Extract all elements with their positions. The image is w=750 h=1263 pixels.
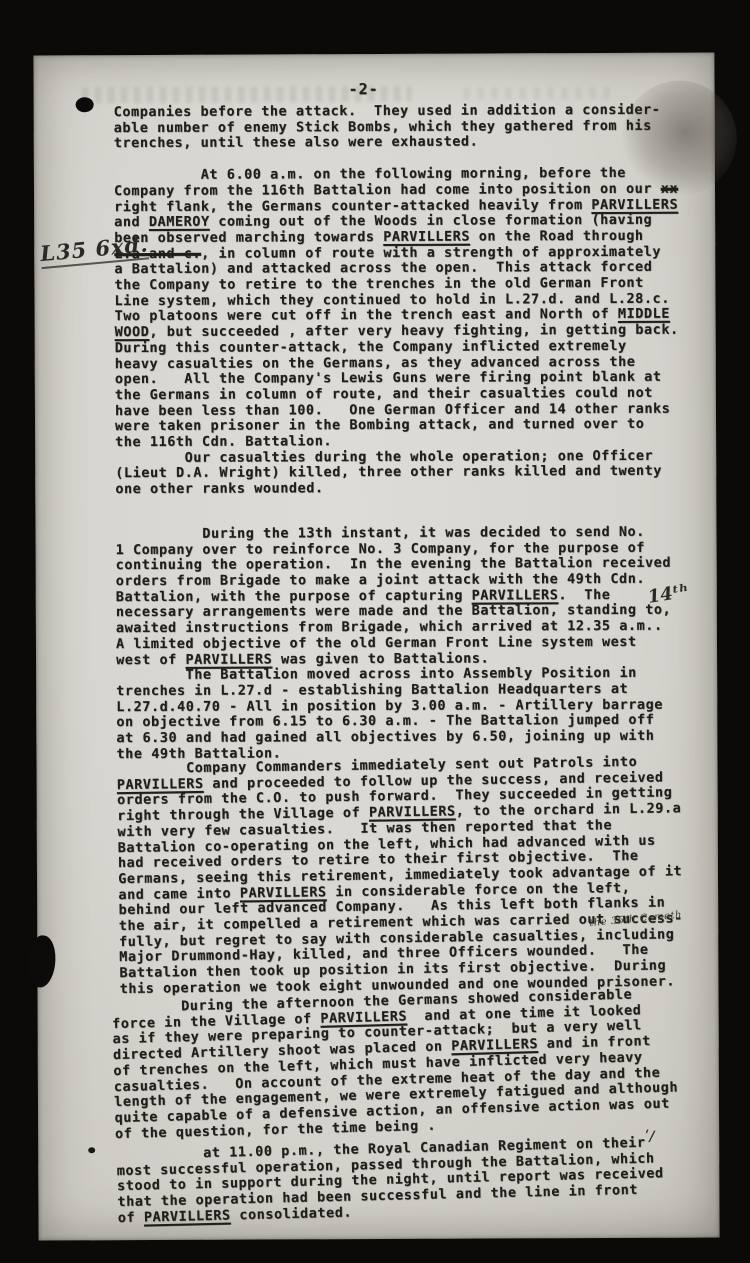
typed-line: were taken prisoner in the Bombing attac…: [115, 417, 680, 435]
paragraph: The Battalion moved across into Assembly…: [116, 666, 681, 763]
ink-dot: [88, 1147, 95, 1153]
document-body: Companies before the attack. They used i…: [114, 103, 684, 1227]
paragraph: at 11.00 p.m., the Royal Canadian Regime…: [116, 1135, 685, 1227]
paragraph: During the afternoon the Germans showed …: [112, 986, 687, 1142]
paragraph: Our casualties during the whole operatio…: [115, 448, 680, 498]
handwritten-typo-correction: ʹ∕: [645, 1129, 654, 1145]
paragraph: Company Commanders immediately sent out …: [117, 755, 685, 998]
paragraph: Companies before the attack. They used i…: [114, 103, 679, 153]
document-page: -2- Companies before the attack. They us…: [33, 53, 719, 1241]
typed-line: trenches, until these also were exhauste…: [114, 134, 679, 152]
typed-line: at 6.30 and had gained all objectives by…: [116, 729, 681, 747]
page-number: -2-: [34, 79, 694, 100]
photo-background: -2- Companies before the attack. They us…: [0, 0, 750, 1263]
paragraph: During the 13th instant, it was decided …: [115, 525, 681, 669]
ink-blot: [25, 934, 59, 989]
typed-line: (Lieut D.A. Wright) killed, three other …: [115, 464, 680, 482]
typed-line: one other ranks wounded.: [115, 480, 680, 498]
paragraph: At 6.00 a.m. on the following morning, b…: [114, 166, 680, 451]
punch-hole-mark: [76, 97, 94, 112]
